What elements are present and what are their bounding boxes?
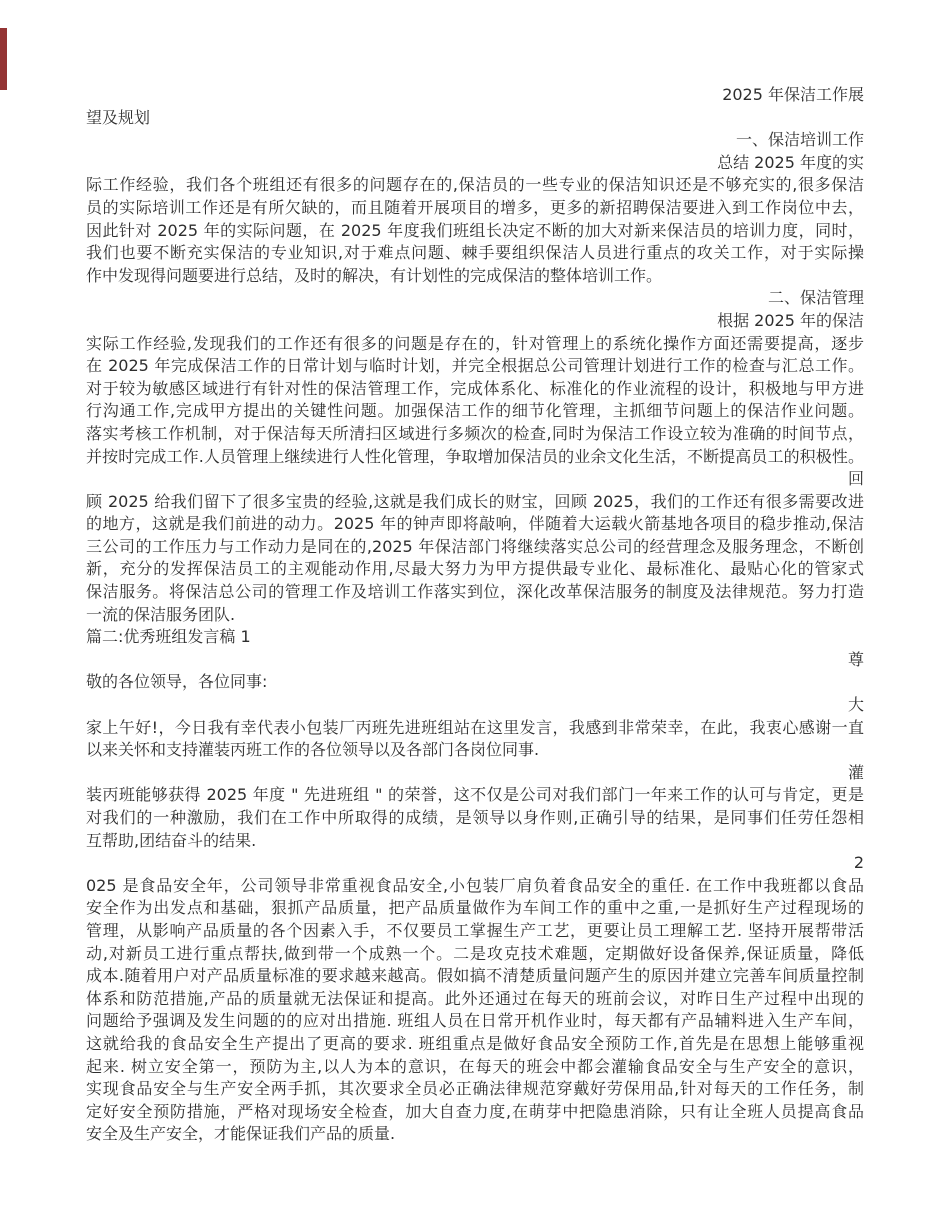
text-line: 以来关怀和支持灌装丙班工作的各位领导以及各部门各岗位同事. [86,739,864,762]
text-line: 员的实际培训工作还是有所欠缺的，而且随着开展项目的增多，更多的新招聘保洁要进入到… [86,197,864,220]
text-line: 尊 [86,649,864,672]
text-line: 行沟通工作,完成甲方提出的关键性问题。加强保洁工作的细节化管理，主抓细节问题上的… [86,400,864,423]
text-line: 灌 [86,762,864,785]
text-line: 动,对新员工进行重点帮扶,做到带一个成熟一个。二是攻克技术难题，定期做好设备保养… [86,943,864,966]
text-line: 家上午好!，今日我有幸代表小包装厂丙班先进班组站在这里发言，我感到非常荣幸，在此… [86,717,864,740]
text-line: 一、保洁培训工作 [86,129,864,152]
text-line: 落实考核工作机制，对于保洁每天所清扫区域进行多频次的检查,同时为保洁工作设立较为… [86,423,864,446]
document-text: 2025 年保洁工作展望及规划一、保洁培训工作总结 2025 年度的实际工作经验… [86,84,864,1146]
text-line: 定好安全预防措施，严格对现场安全检查，加大自查力度,在萌芽中把隐患消除，只有让全… [86,1101,864,1124]
text-line: 二、保洁管理 [86,287,864,310]
text-line: 作中发现得问题要进行总结，及时的解决，有计划性的完成保洁的整体培训工作。 [86,265,864,288]
left-margin-marker [0,28,7,90]
text-line: 体系和防范措施,产品的质量就无法保证和提高。此外还通过在每天的班前会议，对昨日生… [86,988,864,1011]
document-page: 2025 年保洁工作展望及规划一、保洁培训工作总结 2025 年度的实际工作经验… [0,0,950,1230]
text-line: 际工作经验，我们各个班组还有很多的问题存在的,保洁员的一些专业的保洁知识还是不够… [86,174,864,197]
text-line: 起来. 树立安全第一，预防为主,以人为本的意识，在每天的班会中都会灌输食品安全与… [86,1056,864,1079]
text-line: 这就给我的食品安全生产提出了更高的要求. 班组重点是做好食品安全预防工作,首先是… [86,1033,864,1056]
text-line: 实现食品安全与生产安全两手抓，其次要求全员必正确法律规范穿戴好劳保用品,针对每天… [86,1078,864,1101]
text-line: 新，充分的发挥保洁员工的主观能动作用,尽最大努力为甲方提供最专业化、最标准化、最… [86,558,864,581]
text-line: 根据 2025 年的保洁 [86,310,864,333]
text-line: 安全作为出发点和基础，狠抓产品质量，把产品质量做作为车间工作的重中之重,一是抓好… [86,897,864,920]
text-line: 对我们的一种激励，我们在工作中所取得的成绩，是领导以身作则,正确引导的结果，是同… [86,807,864,830]
text-line: 大 [86,694,864,717]
text-line: 因此针对 2025 年的实际问题，在 2025 年度我们班组长决定不断的加大对新… [86,220,864,243]
text-line: 篇二:优秀班组发言稿 1 [86,626,864,649]
text-line: 2 [86,852,864,875]
text-line: 管理，从影响产品质量的各个因素入手，不仅要员工掌握生产工艺，更要让员工理解工艺.… [86,920,864,943]
text-line: 2025 年保洁工作展 [86,84,864,107]
text-line: 问题给予强调及发生问题的的应对出措施. 班组人员在日常开机作业时，每天都有产品辅… [86,1010,864,1033]
text-line: 互帮助,团结奋斗的结果. [86,830,864,853]
text-line: 025 是食品安全年，公司领导非常重视食品安全,小包装厂肩负着食品安全的重任. … [86,875,864,898]
text-line: 在 2025 年完成保洁工作的日常计划与临时计划，并完全根据总公司管理计划进行工… [86,355,864,378]
text-line: 并按时完成工作.人员管理上继续进行人性化管理，争取增加保洁员的业余文化生活，不断… [86,446,864,469]
text-line: 顾 2025 给我们留下了很多宝贵的经验,这就是我们成长的财宝，回顾 2025，… [86,491,864,514]
text-line: 望及规划 [86,107,864,130]
text-line: 总结 2025 年度的实 [86,152,864,175]
text-line: 对于较为敏感区域进行有针对性的保洁管理工作，完成体系化、标准化的作业流程的设计，… [86,378,864,401]
text-line: 成本.随着用户对产品质量标准的要求越来越高。假如搞不清楚质量问题产生的原因并建立… [86,965,864,988]
text-line: 安全及生产安全，才能保证我们产品的质量. [86,1123,864,1146]
text-line: 保洁服务。将保洁总公司的管理工作及培训工作落实到位，深化改革保洁服务的制度及法律… [86,581,864,604]
text-line: 实际工作经验,发现我们的工作还有很多的问题是存在的，针对管理上的系统化操作方面还… [86,333,864,356]
text-line: 回 [86,468,864,491]
text-line: 装丙班能够获得 2025 年度 " 先进班组 " 的荣誉，这不仅是公司对我们部门… [86,784,864,807]
text-line: 我们也要不断充实保洁的专业知识,对于难点问题、棘手要组织保洁人员进行重点的攻关工… [86,242,864,265]
text-line: 敬的各位领导，各位同事: [86,671,864,694]
text-line: 三公司的工作压力与工作动力是同在的,2025 年保洁部门将继续落实总公司的经营理… [86,536,864,559]
text-line: 一流的保洁服务团队. [86,604,864,627]
text-line: 的地方，这就是我们前进的动力。2025 年的钟声即将敲响，伴随着大运载火箭基地各… [86,513,864,536]
